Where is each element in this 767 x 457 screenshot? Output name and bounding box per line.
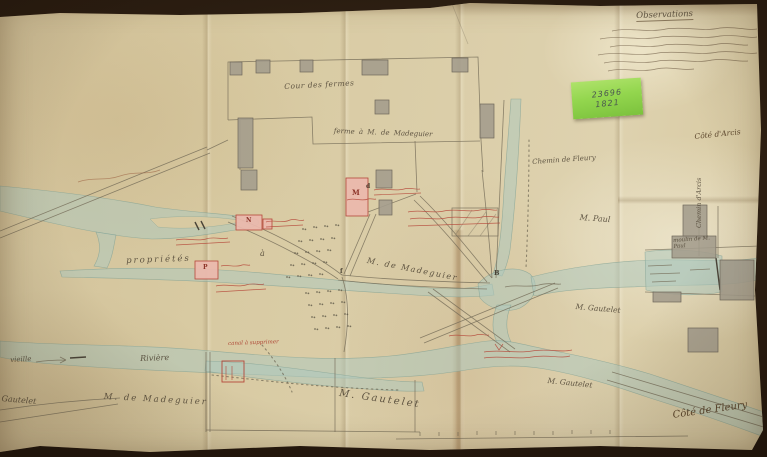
garden-plot: [452, 208, 498, 236]
point-label-p: P: [203, 264, 208, 271]
observations-title: Observations: [636, 9, 693, 22]
point-label-d: d: [366, 183, 370, 190]
archive-sticky-note: 23696 1821: [571, 78, 643, 120]
scale-bar: [396, 430, 688, 439]
label-chemin-arcis: Chemin d'Arcis: [695, 178, 703, 228]
label-liaison-a: à: [260, 249, 265, 258]
point-label-m: M: [352, 188, 360, 197]
label-vieille: vieille: [10, 355, 32, 364]
map-paper: Observations Cour des fermes ferme à M. …: [0, 0, 767, 457]
photo-of-historic-map: Observations Cour des fermes ferme à M. …: [0, 0, 767, 457]
note-year: 1821: [595, 98, 620, 109]
point-label-f: f: [340, 268, 343, 275]
rust-annotation-road: [78, 170, 160, 182]
point-label-b: B: [494, 269, 500, 277]
observations-text-lines: [598, 28, 757, 71]
label-riviere: Rivière: [140, 353, 169, 363]
point-label-n: N: [246, 217, 251, 224]
stream-junction-pool: [478, 269, 535, 342]
map-drawing: [0, 0, 767, 457]
